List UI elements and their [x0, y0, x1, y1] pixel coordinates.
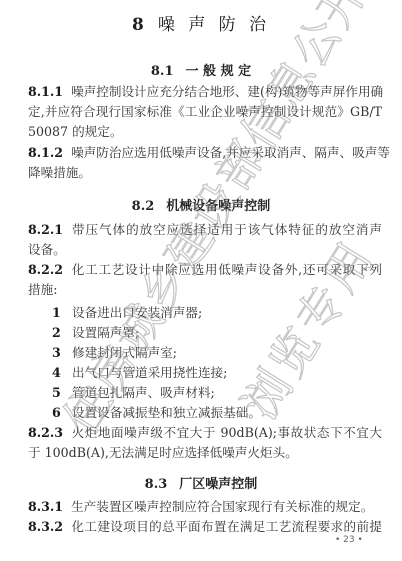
section-heading-8-2: 8.2机械设备噪声控制	[0, 195, 402, 214]
clause-line: 于 100dB(A),无法满足时应选择低噪声火炬头。	[28, 443, 382, 463]
list-item: 4出气口与管道采用挠性连接;	[52, 363, 227, 383]
clause-8-3-2: 8.3.2化工建设项目的总平面布置在满足工艺流程要求的前提	[28, 517, 382, 537]
document-page: 8噪 声 防 治 8.1一 般 规 定 8.1.1噪声控制设计应充分结合地形、建…	[0, 0, 402, 561]
list-item: 2设置隔声罩;	[52, 323, 139, 343]
chapter-title-text: 噪 声 防 治	[158, 15, 270, 35]
clause-line: 定,并应符合现行国家标准《工业企业噪声控制设计规范》GB/T	[28, 102, 382, 122]
clause-line: 降噪措施。	[28, 163, 382, 183]
clause-line: 措施:	[28, 280, 382, 300]
section-heading-8-3: 8.3厂区噪声控制	[0, 473, 402, 492]
section-heading-8-1: 8.1一 般 规 定	[0, 60, 402, 79]
clause-8-2-2: 8.2.2化工工艺设计中除应选用低噪声设备外,还可采取下列	[28, 260, 382, 280]
clause-8-2-1: 8.2.1带压气体的放空应选择适用于该气体特征的放空消声	[28, 220, 382, 240]
page-number: • 23 •	[335, 535, 363, 545]
chapter-title: 8噪 声 防 治	[0, 10, 402, 35]
list-item: 6设置设备减振垫和独立减振基础。	[52, 403, 261, 423]
clause-8-3-1: 8.3.1生产装置区噪声控制应符合国家现行有关标准的规定。	[28, 497, 382, 517]
clause-line: 设备。	[28, 240, 382, 260]
list-item: 3修建封闭式隔声室;	[52, 343, 177, 363]
list-item: 5管道包扎隔声、吸声材料;	[52, 383, 215, 403]
list-item: 1设备进出口安装消声器;	[52, 303, 202, 323]
clause-8-1-2: 8.1.2噪声防治应选用低噪声设备,并应采取消声、隔声、吸声等	[28, 143, 382, 163]
clause-8-2-3: 8.2.3火炬地面噪声级不宜大于 90dB(A);事故状态下不宜大	[28, 423, 382, 443]
chapter-number: 8	[132, 15, 148, 35]
clause-line: 50087 的规定。	[28, 122, 382, 142]
clause-8-1-1: 8.1.1噪声控制设计应充分结合地形、建(构)筑物等声屏作用确	[28, 82, 382, 102]
